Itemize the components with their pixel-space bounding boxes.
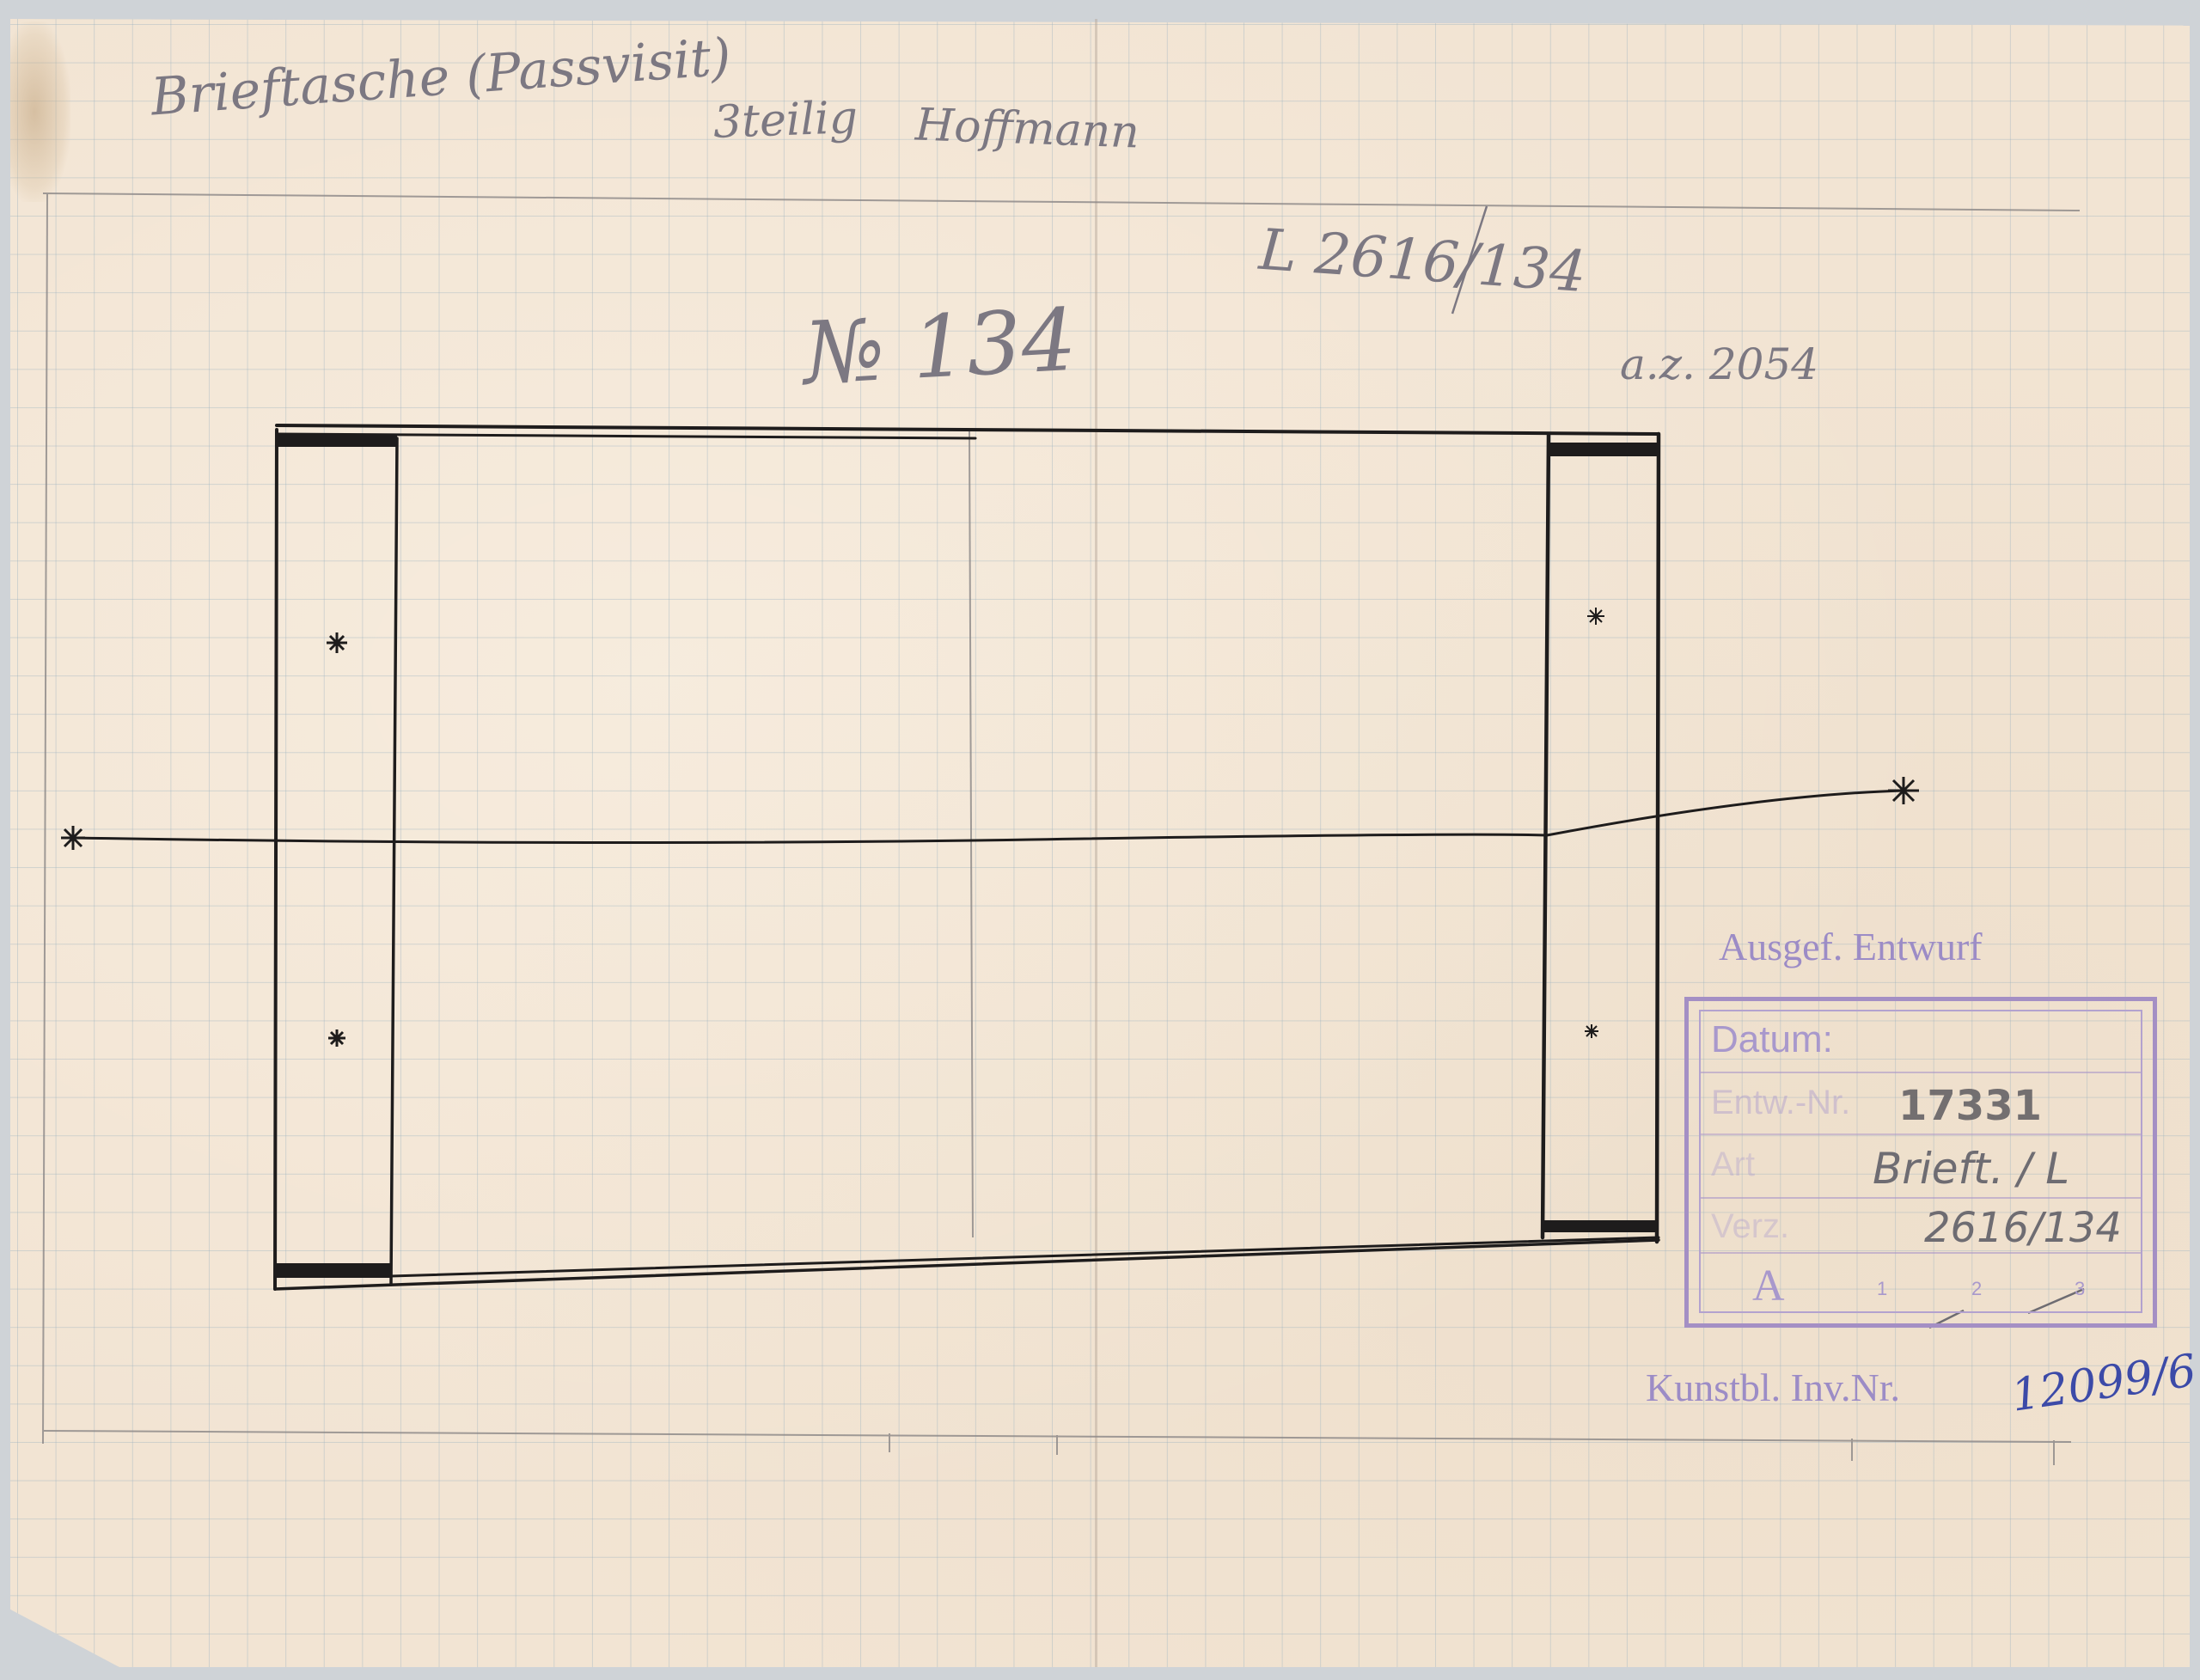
stamp-value-verz: 2616/134 [1924, 1204, 2122, 1252]
grade-a: A [1752, 1261, 1785, 1311]
stamp-label-entw: Entw.-Nr. [1711, 1084, 1850, 1122]
grade-1: 1 [1877, 1278, 1887, 1300]
number-label: № 134 [801, 290, 1079, 404]
stamp-inner-frame: Datum: Entw.-Nr. 17331 Art Brieft. / L V… [1699, 1010, 2142, 1313]
left-panel-top-star [327, 632, 347, 653]
stamp-label-art: Art [1711, 1145, 1755, 1184]
right-axis-star [1888, 777, 1919, 804]
grade-3: 3 [2075, 1278, 2085, 1300]
stamp-row-art: Art Brieft. / L [1701, 1135, 2141, 1199]
right-panel-bottom-star [1585, 1024, 1598, 1038]
stamp-label-verz: Verz. [1711, 1207, 1789, 1246]
left-panel-bottom-star [328, 1029, 345, 1047]
right-panel-top-star [1587, 608, 1604, 625]
stamp-label-date: Datum: [1711, 1018, 1833, 1061]
stamp-heading: Ausgef. Entwurf [1719, 924, 1983, 969]
stamp-row-entw: Entw.-Nr. 17331 [1701, 1073, 2141, 1135]
grade-2: 2 [1971, 1278, 1982, 1300]
stamp-row-date: Datum: [1701, 1011, 2141, 1073]
stamp-row-verz: Verz. 2616/134 [1701, 1199, 2141, 1254]
inventory-stamp: Datum: Entw.-Nr. 17331 Art Brieft. / L V… [1684, 997, 2157, 1328]
author-note: Hoffmann [914, 99, 1140, 158]
stamp-value-entw: 17331 [1898, 1082, 2042, 1130]
stamp-row-grades: A 1 2 3 [1701, 1255, 2141, 1316]
ink-drawing [0, 0, 2200, 1680]
stamp-value-art: Brieft. / L [1873, 1144, 2069, 1194]
az-code: a.z. 2054 [1620, 339, 1818, 389]
subtitle-note: 3teilig [712, 92, 859, 149]
left-axis-star [61, 826, 85, 850]
inventory-label: Kunstbl. Inv.Nr. [1646, 1365, 1900, 1410]
